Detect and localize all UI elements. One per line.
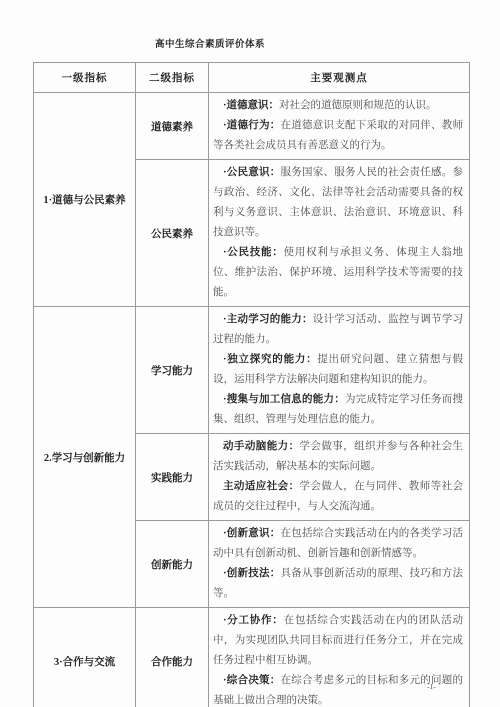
observation-item: ·公民技能：使用权利与承担义务、体现主人翁地位、维护法治、保护环境、运用科学技术… (213, 243, 463, 303)
level2-cell-cooperation-ability: 合作能力 (136, 608, 209, 707)
page-number: -1- (427, 682, 436, 691)
observation-term: ·分工协作： (223, 615, 284, 626)
col-header-level2: 二级指标 (136, 63, 209, 93)
observation-item: ·分工协作：在包括综合实践活动在内的团队活动中，为实现团队共同目标而进行任务分工… (213, 611, 463, 671)
observation-term: ·道德行为： (223, 120, 281, 131)
observation-item: ·创新技法：具备从事创新活动的原理、技巧和方法等。 (213, 564, 463, 604)
evaluation-table: 一级指标 二级指标 主要观测点 1·道德与公民素养 道德素养 ·道德意识：对社会… (33, 62, 470, 707)
level2-cell-learning-ability: 学习能力 (136, 307, 209, 434)
document-title: 高中生综合素质评价体系 (155, 36, 265, 50)
observation-term: ·搜集与加工信息的能力： (223, 394, 345, 405)
observation-item: ·独立探究的能力：提出研究问题、建立猜想与假设，运用科学方法解决问题和建构知识的… (213, 350, 463, 390)
observation-item: 主动适应社会：学会做人，在与同伴、教师等社会成员的交往过程中，与人交流沟通。 (213, 477, 463, 517)
table-row: 2.学习与创新能力 学习能力 ·主动学习的能力：设计学习活动、监控与调节学习过程… (34, 307, 470, 434)
observation-item: ·公民意识：服务国家、服务人民的社会责任感。参与政治、经济、文化、法律等社会活动… (213, 163, 463, 243)
observation-term: 主动适应社会： (223, 481, 300, 492)
observation-term: ·主动学习的能力： (223, 314, 313, 325)
observation-item: ·创新意识：在包括综合实践活动在内的各类学习活动中具有创新动机、创新旨趣和创新情… (213, 524, 463, 564)
level2-cell-innovation-ability: 创新能力 (136, 521, 209, 608)
col-header-level1: 一级指标 (34, 63, 136, 93)
col-header-observations: 主要观测点 (209, 63, 470, 93)
observation-term: ·独立探究的能力： (223, 354, 317, 365)
level1-cell-cooperation-communication: 3·合作与交流 (34, 608, 136, 707)
table-header-row: 一级指标 二级指标 主要观测点 (34, 63, 470, 93)
level2-cell-practical-ability: 实践能力 (136, 434, 209, 521)
level1-cell-morality-civic: 1·道德与公民素养 (34, 93, 136, 307)
observation-item: ·综合决策：在综合考虑多元的目标和多元的问题的基础上做出合理的决策。 (213, 671, 463, 707)
table-row: 3·合作与交流 合作能力 ·分工协作：在包括综合实践活动在内的团队活动中，为实现… (34, 608, 470, 707)
observation-term: ·道德意识： (223, 100, 279, 111)
observations-cell: 动手动脑能力：学会做事，组织并参与各种社会生活实践活动，解决基本的实际问题。 主… (209, 434, 470, 521)
observation-item: 动手动脑能力：学会做事，组织并参与各种社会生活实践活动，解决基本的实际问题。 (213, 437, 463, 477)
observations-cell: ·创新意识：在包括综合实践活动在内的各类学习活动中具有创新动机、创新旨趣和创新情… (209, 521, 470, 608)
observation-item: ·道德行为：在道德意识支配下采取的对同伴、教师等各类社会成员具有善恶意义的行为。 (213, 116, 463, 156)
level1-cell-learning-innovation: 2.学习与创新能力 (34, 307, 136, 608)
observation-term: 动手动脑能力： (223, 441, 300, 452)
observation-item: ·搜集与加工信息的能力：为完成特定学习任务而搜集、组织、管理与处理信息的能力。 (213, 390, 463, 430)
observations-cell: ·分工协作：在包括综合实践活动在内的团队活动中，为实现团队共同目标而进行任务分工… (209, 608, 470, 707)
observation-term: ·公民技能： (223, 247, 284, 258)
observations-cell: ·道德意识：对社会的道德原则和规范的认识。 ·道德行为：在道德意识支配下采取的对… (209, 93, 470, 160)
observations-cell: ·主动学习的能力：设计学习活动、监控与调节学习过程的能力。 ·独立探究的能力：提… (209, 307, 470, 434)
observation-item: ·道德意识：对社会的道德原则和规范的认识。 (213, 96, 463, 116)
level2-cell-moral-literacy: 道德素养 (136, 93, 209, 160)
observation-item: ·主动学习的能力：设计学习活动、监控与调节学习过程的能力。 (213, 310, 463, 350)
observations-cell: ·公民意识：服务国家、服务人民的社会责任感。参与政治、经济、文化、法律等社会活动… (209, 160, 470, 307)
observation-term: ·综合决策： (223, 675, 281, 686)
observation-term: ·创新技法： (223, 568, 281, 579)
table-row: 1·道德与公民素养 道德素养 ·道德意识：对社会的道德原则和规范的认识。 ·道德… (34, 93, 470, 160)
observation-term: ·创新意识： (223, 528, 281, 539)
level2-cell-civic-literacy: 公民素养 (136, 160, 209, 307)
observation-term: ·公民意识： (223, 167, 281, 178)
observation-desc: 对社会的道德原则和规范的认识。 (279, 100, 437, 111)
document-page: 高中生综合素质评价体系 一级指标 二级指标 主要观测点 1·道德与公民素养 道德… (0, 0, 500, 707)
